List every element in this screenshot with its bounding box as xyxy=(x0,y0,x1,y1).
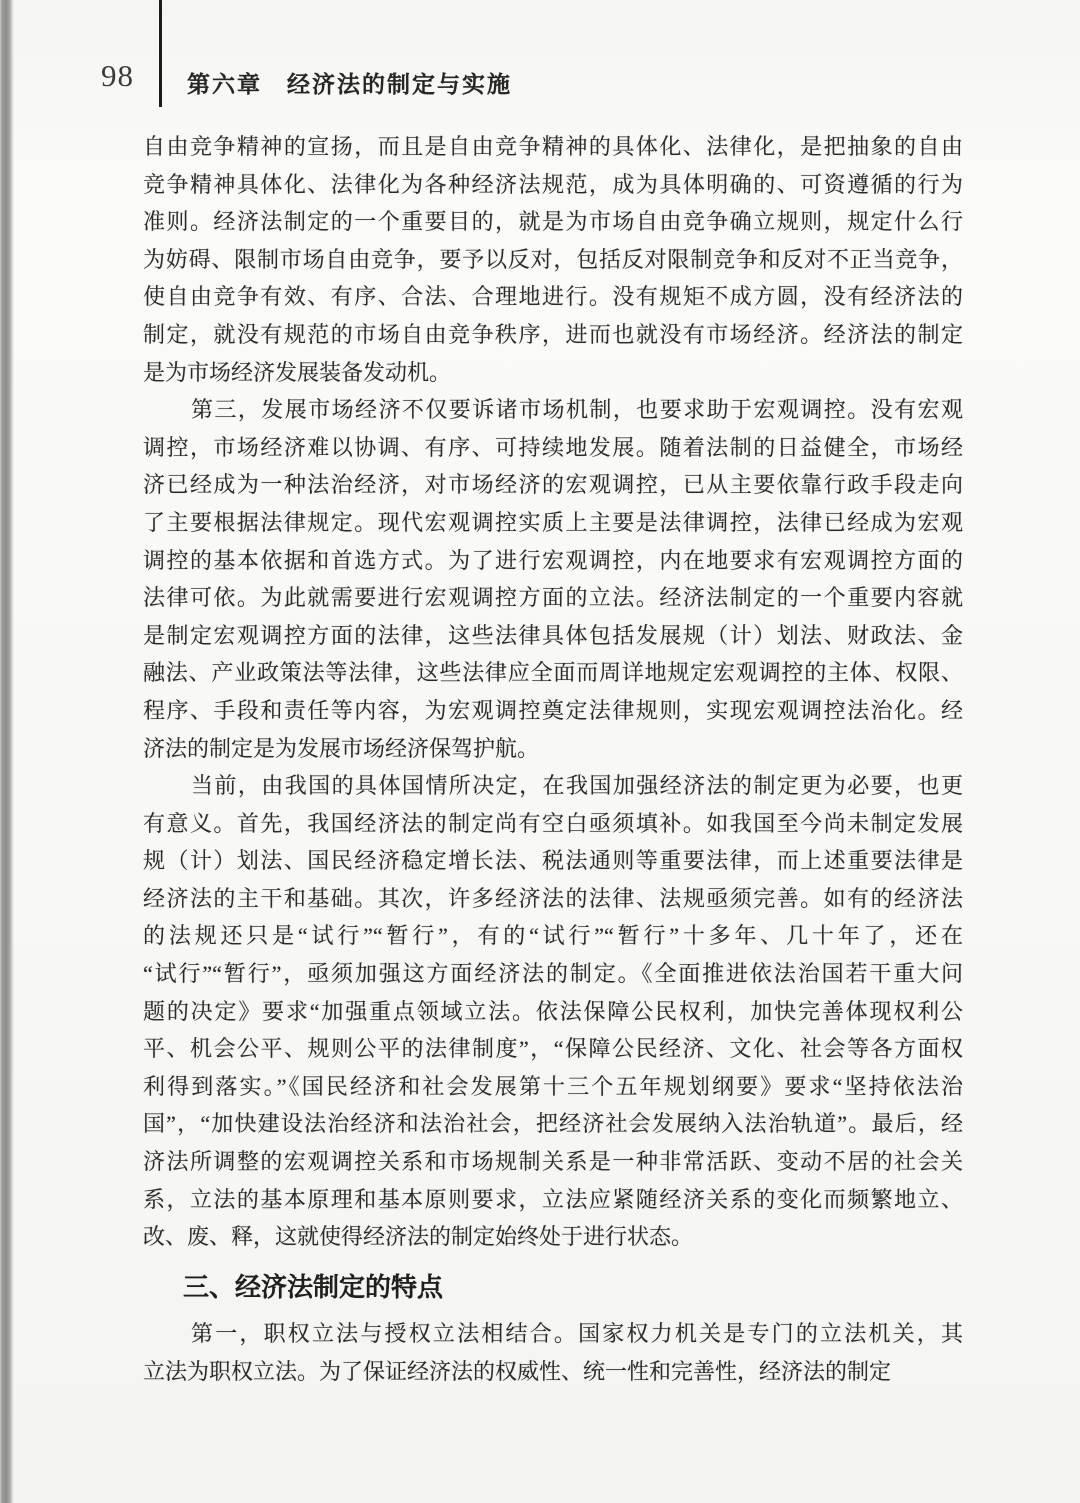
header-divider-rule xyxy=(159,0,162,107)
paragraph: 第三，发展市场经济不仅要诉诸市场机制，也要求助于宏观调控。没有宏观调控，市场经济… xyxy=(143,391,963,767)
section-heading: 三、经济法制定的特点 xyxy=(143,1269,963,1307)
text-line: 调控的基本依据和首选方式。为了进行宏观调控，内在地要求有宏观调控方面的 xyxy=(143,542,963,580)
paragraph: 自由竞争精神的宣扬，而且是自由竞争精神的具体化、法律化，是把抽象的自由竞争精神具… xyxy=(143,128,963,391)
text-line: 济已经成为一种法治经济，对市场经济的宏观调控，已从主要依靠行政手段走向 xyxy=(143,466,963,504)
text-line: 第三，发展市场经济不仅要诉诸市场机制，也要求助于宏观调控。没有宏观 xyxy=(143,391,963,429)
text-line: 了主要根据法律规定。现代宏观调控实质上主要是法律调控，法律已经成为宏观 xyxy=(143,504,963,542)
text-line: 利得到落实。”《国民经济和社会发展第十三个五年规划纲要》要求“坚持依法治 xyxy=(143,1068,963,1106)
page-number: 98 xyxy=(101,58,134,94)
text-line: 调控，市场经济难以协调、有序、可持续地发展。随着法制的日益健全，市场经 xyxy=(143,429,963,467)
text-line: 第一，职权立法与授权立法相结合。国家权力机关是专门的立法机关，其 xyxy=(143,1315,963,1353)
text-line: 准则。经济法制定的一个重要目的，就是为市场自由竞争确立规则，规定什么行 xyxy=(143,203,963,241)
text-line: 竞争精神具体化、法律化为各种经济法规范，成为具体明确的、可资遵循的行为 xyxy=(143,166,963,204)
text-line: 是制定宏观调控方面的法律，这些法律具体包括发展规（计）划法、财政法、金 xyxy=(143,617,963,655)
chapter-header: 第六章 经济法的制定与实施 xyxy=(187,66,512,99)
text-line: 济法的制定是为发展市场经济保驾护航。 xyxy=(143,730,963,768)
text-line: 法律可依。为此就需要进行宏观调控方面的立法。经济法制定的一个重要内容就 xyxy=(143,579,963,617)
text-line: 规（计）划法、国民经济稳定增长法、税法通则等重要法律，而上述重要法律是 xyxy=(143,842,963,880)
text-line: 使自由竞争有效、有序、合法、合理地进行。没有规矩不成方圆，没有经济法的 xyxy=(143,278,963,316)
text-line: 题的决定》要求“加强重点领域立法。依法保障公民权利，加快完善体现权利公 xyxy=(143,993,963,1031)
text-line: 制定，就没有规范的市场自由竞争秩序，进而也就没有市场经济。经济法的制定 xyxy=(143,316,963,354)
text-line: 立法为职权立法。为了保证经济法的权威性、统一性和完善性，经济法的制定 xyxy=(143,1353,963,1391)
text-line: 程序、手段和责任等内容，为宏观调控奠定法律规则，实现宏观调控法治化。经 xyxy=(143,692,963,730)
scan-page-edge xyxy=(0,0,14,1503)
text-line: 系，立法的基本原理和基本原则要求，立法应紧随经济关系的变化而频繁地立、 xyxy=(143,1181,963,1219)
text-line: 融法、产业政策法等法律，这些法律应全面而周详地规定宏观调控的主体、权限、 xyxy=(143,654,963,692)
text-line: 经济法的主干和基础。其次，许多经济法的法律、法规亟须完善。如有的经济法 xyxy=(143,880,963,918)
paragraph: 当前，由我国的具体国情所决定，在我国加强经济法的制定更为必要，也更有意义。首先，… xyxy=(143,767,963,1256)
text-line: 当前，由我国的具体国情所决定，在我国加强经济法的制定更为必要，也更 xyxy=(143,767,963,805)
body-text-area: 自由竞争精神的宣扬，而且是自由竞争精神的具体化、法律化，是把抽象的自由竞争精神具… xyxy=(143,128,963,1391)
paragraph: 第一，职权立法与授权立法相结合。国家权力机关是专门的立法机关，其立法为职权立法。… xyxy=(143,1315,963,1390)
text-line: 济法所调整的宏观调控关系和市场规制关系是一种非常活跃、变动不居的社会关 xyxy=(143,1143,963,1181)
text-line: 平、机会公平、规则公平的法律制度”，“保障公民经济、文化、社会等各方面权 xyxy=(143,1030,963,1068)
text-line: 有意义。首先，我国经济法的制定尚有空白亟须填补。如我国至今尚未制定发展 xyxy=(143,805,963,843)
text-line: “试行”“暂行”，亟须加强这方面经济法的制定。《全面推进依法治国若干重大问 xyxy=(143,955,963,993)
text-line: 是为市场经济发展装备发动机。 xyxy=(143,354,963,392)
text-line: 为妨碍、限制市场自由竞争，要予以反对，包括反对限制竞争和反对不正当竞争， xyxy=(143,241,963,279)
text-line: 的法规还只是“试行”“暂行”，有的“试行”“暂行”十多年、几十年了，还在 xyxy=(143,917,963,955)
text-line: 国”，“加快建设法治经济和法治社会，把经济社会发展纳入法治轨道”。最后，经 xyxy=(143,1105,963,1143)
text-line: 改、废、释，这就使得经济法的制定始终处于进行状态。 xyxy=(143,1218,963,1256)
text-line: 自由竞争精神的宣扬，而且是自由竞争精神的具体化、法律化，是把抽象的自由 xyxy=(143,128,963,166)
